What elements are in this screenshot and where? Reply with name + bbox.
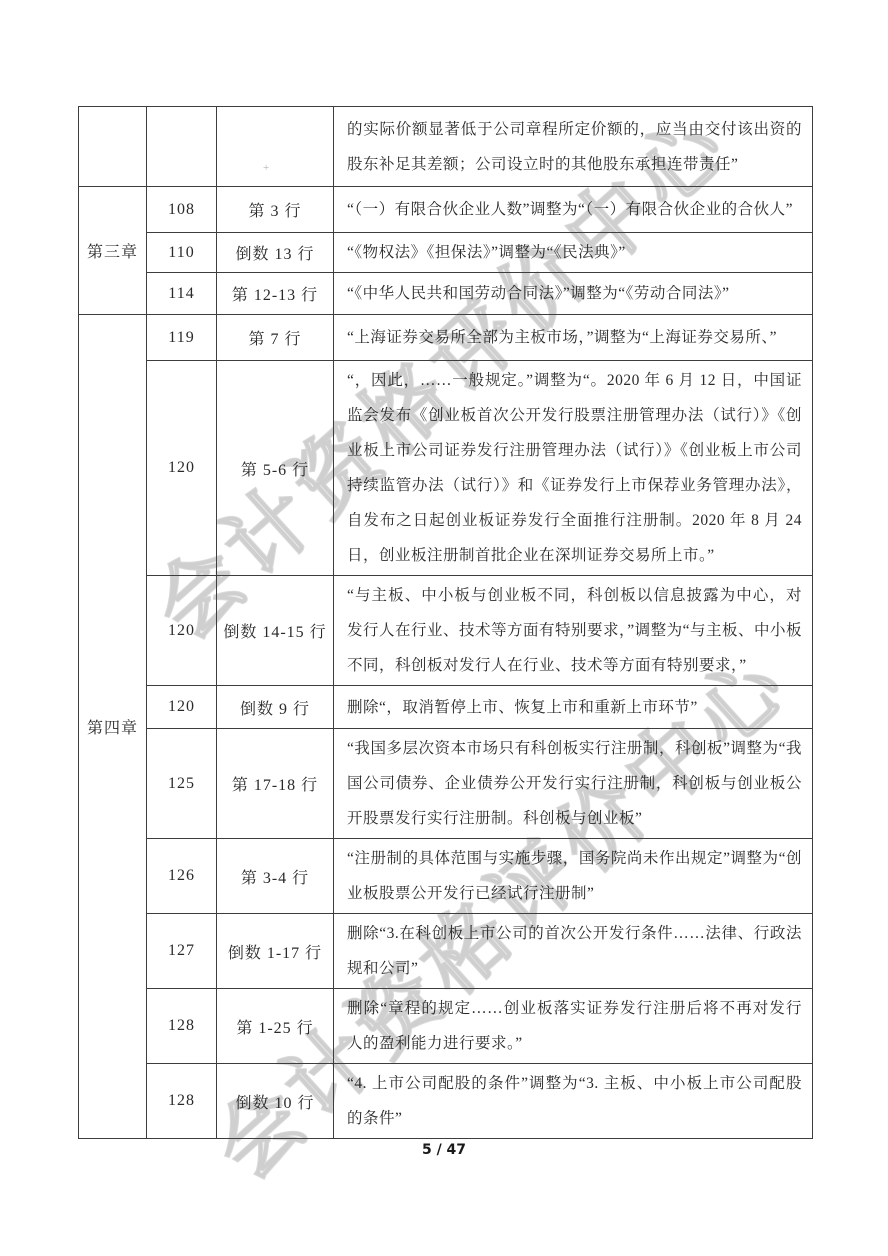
- content-cell: “与主板、中小板与创业板不同，科创板以信息披露为中心，对发行人在行业、技术等方面…: [334, 576, 813, 686]
- line-cell: 倒数 10 行: [217, 1064, 334, 1139]
- chapter-cell-chapter4: 第四章: [79, 315, 147, 1139]
- page-cell: 120: [147, 576, 217, 686]
- page-cell: 125: [147, 729, 217, 839]
- page-cell: 126: [147, 839, 217, 914]
- revision-table: 的实际价额显著低于公司章程所定价额的，应当由交付该出资的股东补足其差额；公司设立…: [78, 106, 813, 1139]
- page-cell: 119: [147, 315, 217, 361]
- table-row: 120 倒数 14-15 行 “与主板、中小板与创业板不同，科创板以信息披露为中…: [79, 576, 813, 686]
- page-cell: 114: [147, 273, 217, 315]
- line-cell: 第 1-25 行: [217, 989, 334, 1064]
- line-cell: 第 3 行: [217, 187, 334, 233]
- line-cell: 倒数 1-17 行: [217, 914, 334, 989]
- table-row: 114 第 12-13 行 “《中华人民共和国劳动合同法》”调整为“《劳动合同法…: [79, 273, 813, 315]
- table-row: 110 倒数 13 行 “《物权法》《担保法》”调整为“《民法典》”: [79, 233, 813, 273]
- table-row: 的实际价额显著低于公司章程所定价额的，应当由交付该出资的股东补足其差额；公司设立…: [79, 107, 813, 187]
- line-cell: 倒数 13 行: [217, 233, 334, 273]
- page-cell: 120: [147, 686, 217, 729]
- chapter-cell-chapter3: 第三章: [79, 187, 147, 315]
- page-cell: 108: [147, 187, 217, 233]
- content-cell: “注册制的具体范围与实施步骤，国务院尚未作出规定”调整为“创业板股票公开发行已经…: [334, 839, 813, 914]
- table-row: 126 第 3-4 行 “注册制的具体范围与实施步骤，国务院尚未作出规定”调整为…: [79, 839, 813, 914]
- line-cell: 第 12-13 行: [217, 273, 334, 315]
- content-cell: 删除“章程的规定……创业板落实证券发行注册后将不再对发行人的盈利能力进行要求。”: [334, 989, 813, 1064]
- page-cell: 120: [147, 361, 217, 576]
- line-cell: 第 17-18 行: [217, 729, 334, 839]
- content-cell: “《中华人民共和国劳动合同法》”调整为“《劳动合同法》”: [334, 273, 813, 315]
- table-row: 125 第 17-18 行 “我国多层次资本市场只有科创板实行注册制，科创板”调…: [79, 729, 813, 839]
- table-row: 128 倒数 10 行 “4. 上市公司配股的条件”调整为“3. 主板、中小板上…: [79, 1064, 813, 1139]
- content-cell: “我国多层次资本市场只有科创板实行注册制，科创板”调整为“我国公司债券、企业债券…: [334, 729, 813, 839]
- page-cell: 127: [147, 914, 217, 989]
- line-cell: 第 7 行: [217, 315, 334, 361]
- line-cell: 第 3-4 行: [217, 839, 334, 914]
- line-cell: 倒数 14-15 行: [217, 576, 334, 686]
- content-cell: “，因此，……一般规定。”调整为“。2020 年 6 月 12 日，中国证监会发…: [334, 361, 813, 576]
- page-cell: 128: [147, 989, 217, 1064]
- line-cell: 倒数 9 行: [217, 686, 334, 729]
- content-cell: 删除“，取消暂停上市、恢复上市和重新上市环节”: [334, 686, 813, 729]
- page-number: 5 / 47: [0, 1142, 888, 1158]
- page-cell: 110: [147, 233, 217, 273]
- page-cell: 128: [147, 1064, 217, 1139]
- table-row: 128 第 1-25 行 删除“章程的规定……创业板落实证券发行注册后将不再对发…: [79, 989, 813, 1064]
- content-cell: 删除“3.在科创板上市公司的首次公开发行条件……法律、行政法规和公司”: [334, 914, 813, 989]
- table-row: 127 倒数 1-17 行 删除“3.在科创板上市公司的首次公开发行条件……法律…: [79, 914, 813, 989]
- table-row: 第三章 108 第 3 行 “（一）有限合伙企业人数”调整为“（一）有限合伙企业…: [79, 187, 813, 233]
- table-row: 120 倒数 9 行 删除“，取消暂停上市、恢复上市和重新上市环节”: [79, 686, 813, 729]
- content-cell: “4. 上市公司配股的条件”调整为“3. 主板、中小板上市公司配股的条件”: [334, 1064, 813, 1139]
- line-cell: [217, 107, 334, 187]
- content-cell: “上海证券交易所全部为主板市场，”调整为“上海证券交易所、”: [334, 315, 813, 361]
- chapter-cell: [79, 107, 147, 187]
- content-cell: “（一）有限合伙企业人数”调整为“（一）有限合伙企业的合伙人”: [334, 187, 813, 233]
- content-cell: 的实际价额显著低于公司章程所定价额的，应当由交付该出资的股东补足其差额；公司设立…: [334, 107, 813, 187]
- line-cell: 第 5-6 行: [217, 361, 334, 576]
- table-row: 第四章 119 第 7 行 “上海证券交易所全部为主板市场，”调整为“上海证券交…: [79, 315, 813, 361]
- page-cell: [147, 107, 217, 187]
- content-cell: “《物权法》《担保法》”调整为“《民法典》”: [334, 233, 813, 273]
- table-row: 120 第 5-6 行 “，因此，……一般规定。”调整为“。2020 年 6 月…: [79, 361, 813, 576]
- scan-artifact: +: [263, 162, 269, 174]
